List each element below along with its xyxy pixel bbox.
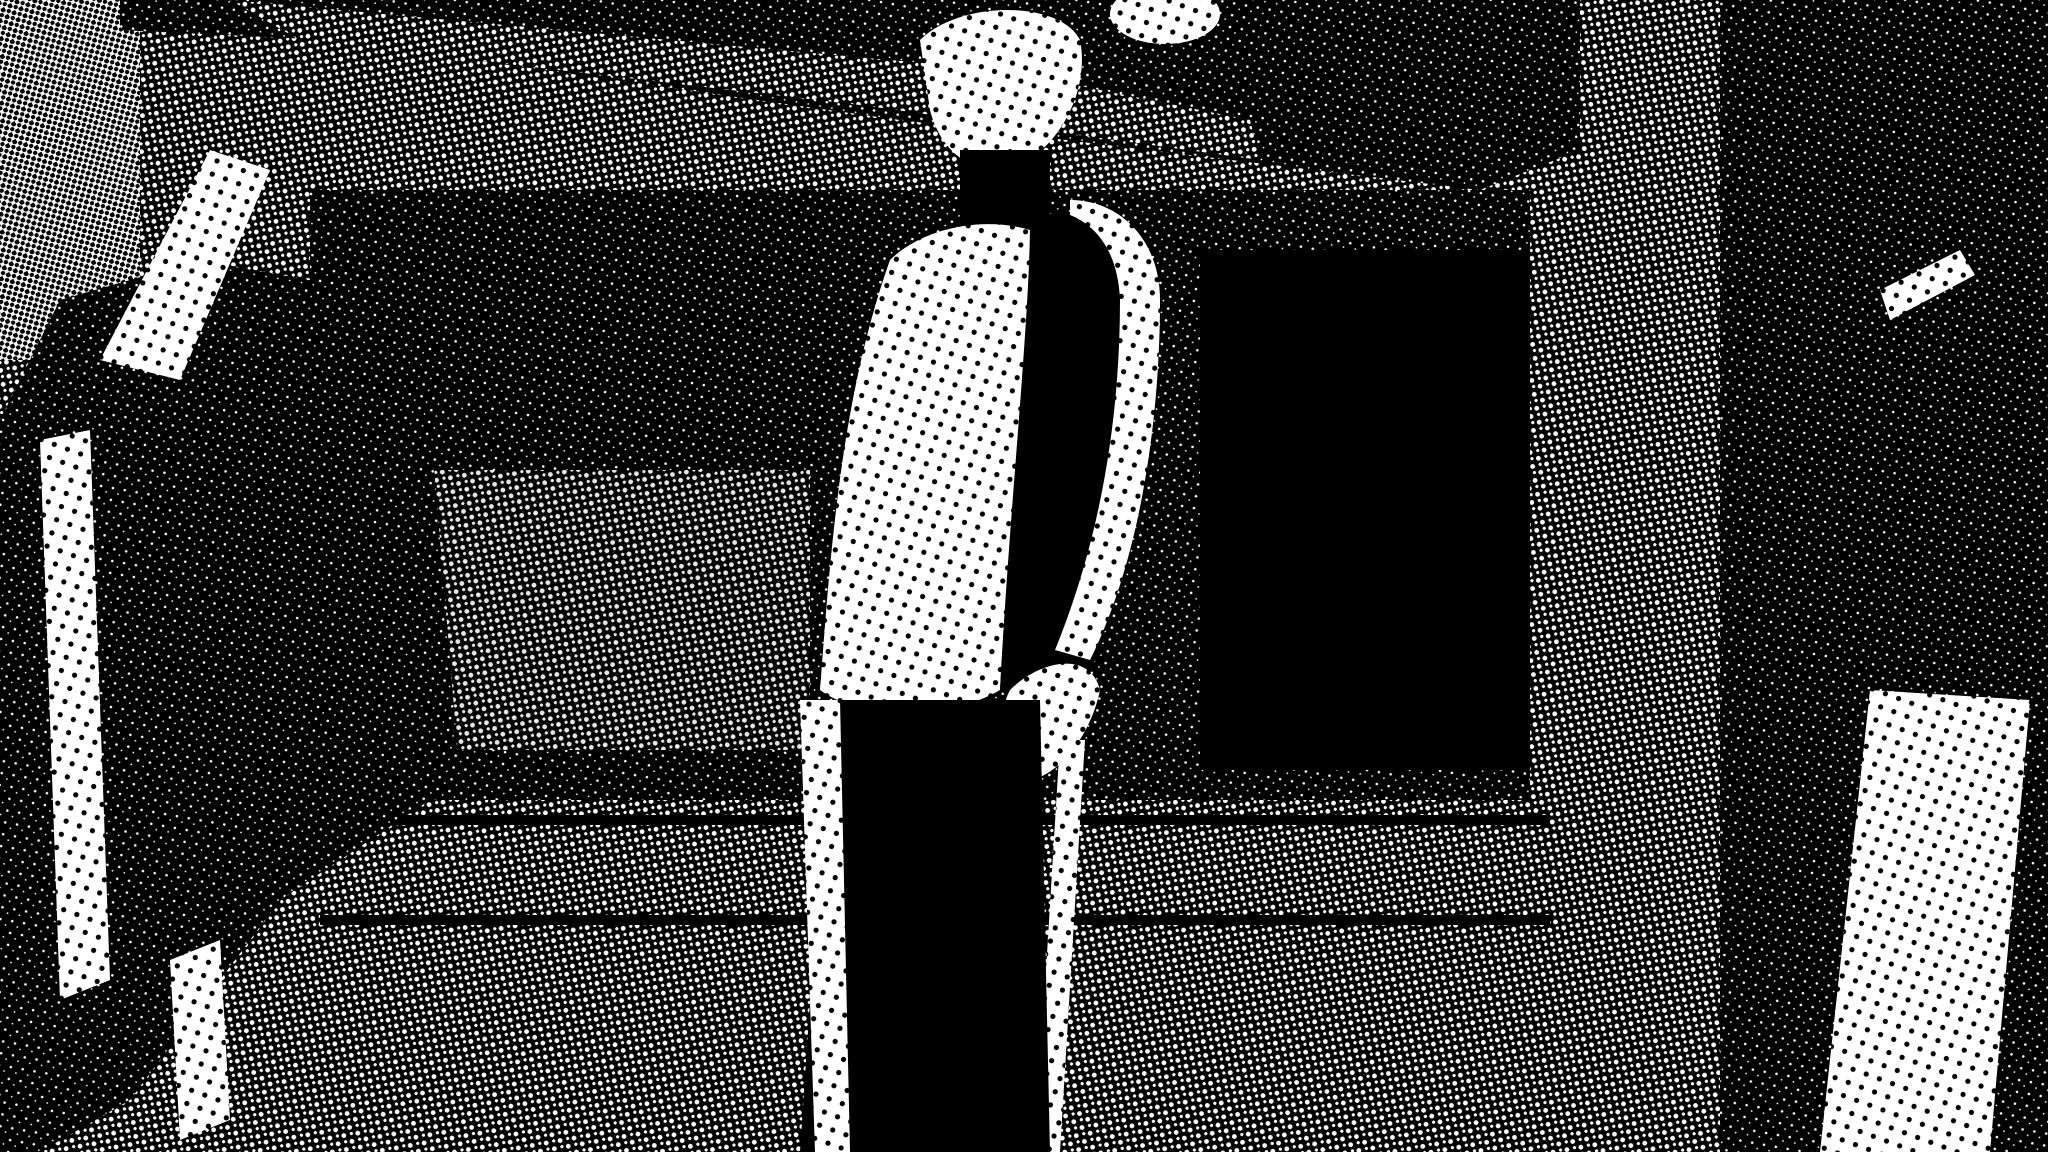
- right-figure: [1720, 0, 2048, 1152]
- halftone-photo: [0, 0, 2048, 1152]
